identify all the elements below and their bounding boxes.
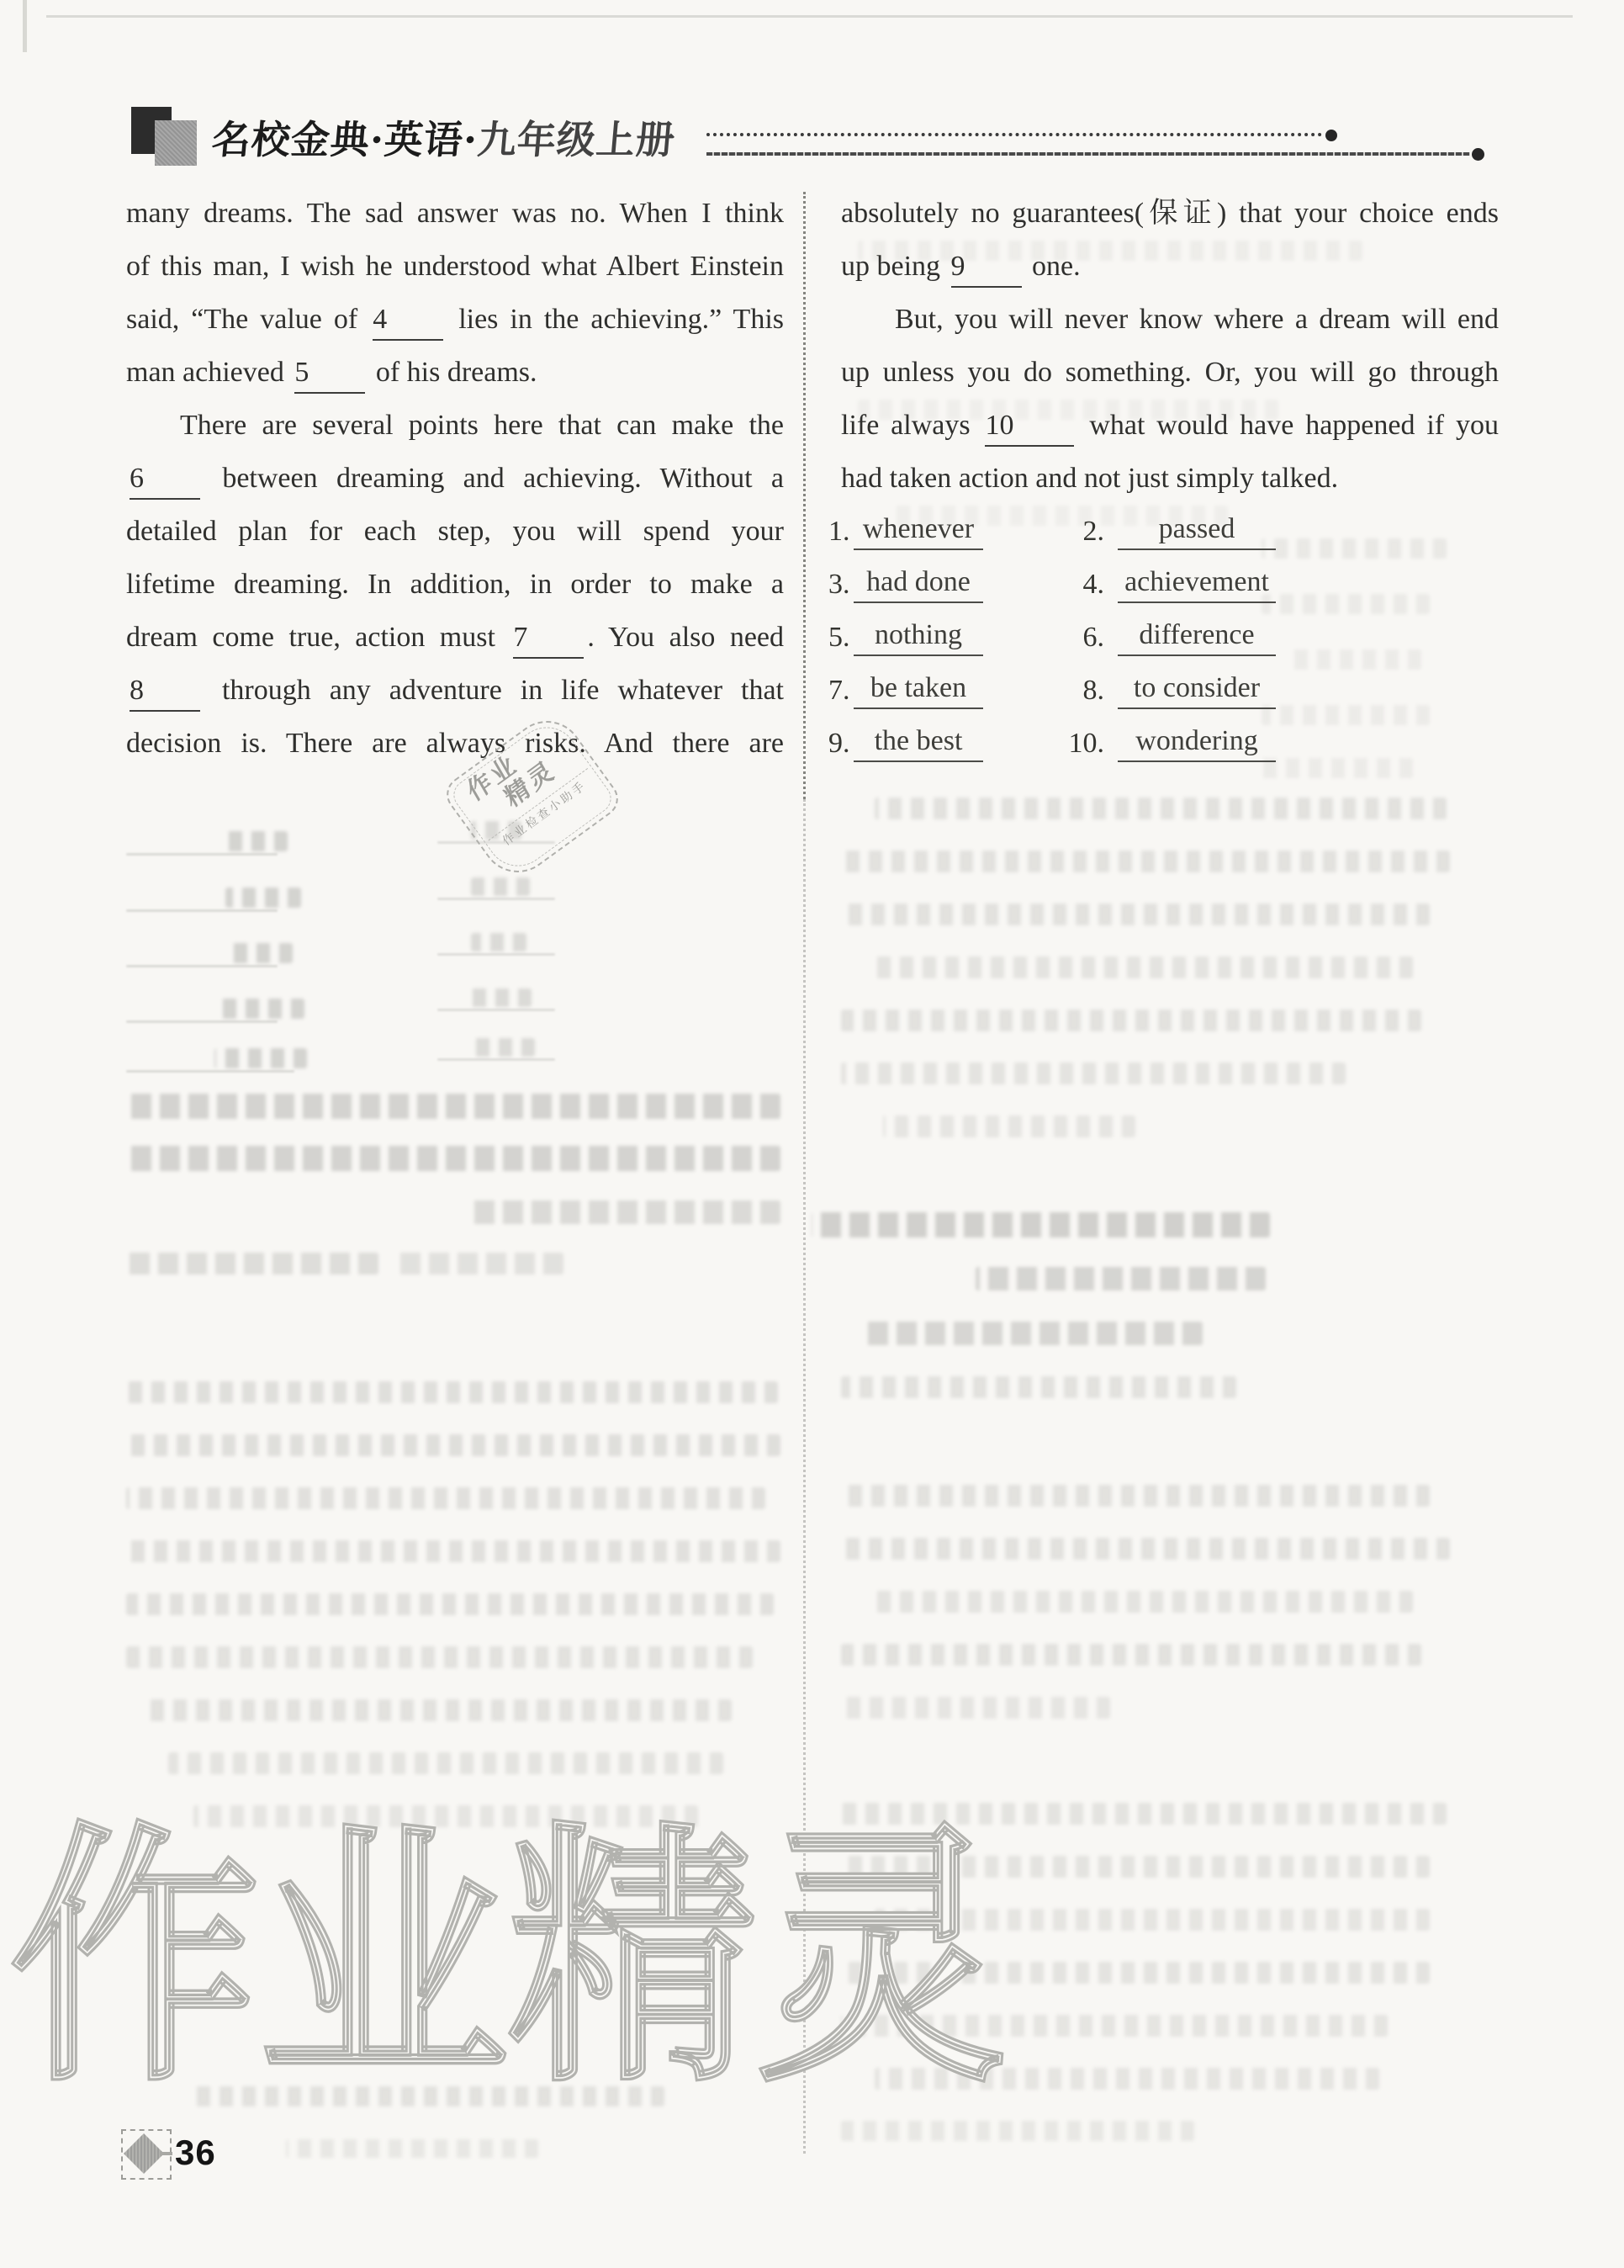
bleedthrough-smudge (841, 1644, 1421, 1666)
answer-blank: be taken (854, 667, 983, 709)
bleedthrough-smudge (126, 1434, 780, 1456)
cloze-blank: 8 (130, 671, 200, 712)
bleedthrough-smudge (841, 1856, 1430, 1878)
passage-column-right: absolutely no guarantees(保证) that your c… (841, 187, 1499, 505)
bleedthrough-smudge (193, 1805, 698, 1827)
cloze-blank: 7 (513, 618, 584, 659)
bleedthrough-smudge (841, 2121, 1194, 2141)
passage-text: said, “The value of (126, 304, 369, 335)
passage-line: lifetime dreaming. In addition, in order… (126, 558, 784, 611)
bleedthrough-smudge (471, 1200, 780, 1224)
passage-text: detailed plan for each step, you will sp… (126, 516, 784, 547)
bleedthrough-smudge (841, 1062, 1346, 1084)
passage-text: of this man, I wish he understood what A… (126, 251, 784, 282)
page-number-ornament (121, 2129, 172, 2180)
header-dotted-rule (706, 133, 1322, 136)
passage-line: life always 10 what would have happened … (841, 399, 1499, 452)
answer-row: 1.whenever2.passed (828, 505, 1514, 558)
passage-text: absolutely no guarantees(保证) that your c… (841, 198, 1499, 229)
bleedthrough-smudge (225, 943, 293, 963)
bleedthrough-smudge (841, 2015, 1388, 2037)
passage-text: lies in the achieving.” This (447, 304, 784, 335)
passage-line: But, you will never know where a dream w… (841, 293, 1499, 346)
bleedthrough-smudge (468, 1038, 535, 1057)
bleedthrough-smudge (286, 2139, 538, 2158)
bleedthrough-smudge (875, 1591, 1413, 1613)
book-title: 名校金典·英语·九年级上册 (210, 116, 678, 163)
bleedthrough-smudge (812, 1212, 1270, 1237)
passage-text: up being (841, 251, 948, 282)
bleedthrough-smudge (464, 988, 532, 1007)
bleedthrough-smudge (841, 1485, 1430, 1507)
bleedthrough-smudge (126, 1253, 378, 1274)
bleedthrough-smudge (841, 1962, 1430, 1984)
bleedthrough-smudge (471, 933, 526, 951)
passage-line: detailed plan for each step, you will sp… (126, 505, 784, 558)
bleedthrough-smudge (395, 1253, 563, 1274)
answer-number: 8. (1049, 664, 1104, 717)
diamond-icon (124, 2133, 164, 2174)
answer-number: 10. (1049, 717, 1104, 770)
bleedthrough-smudge (126, 1540, 780, 1562)
passage-line: dream come true, action must 7. You also… (126, 611, 784, 664)
bleedthrough-smudge (126, 1094, 780, 1119)
cloze-blank: 10 (985, 406, 1074, 447)
bleedthrough-smudge (875, 956, 1413, 978)
passage-line: decision is. There are always risks. And… (126, 717, 784, 770)
cloze-blank: 6 (130, 459, 200, 500)
cloze-blank: 9 (951, 247, 1022, 288)
cloze-blank: 4 (373, 300, 443, 341)
passage-text: . You also need (587, 622, 784, 653)
bleedthrough-smudge (471, 877, 530, 896)
bleedthrough-smudge (126, 1070, 294, 1073)
bleedthrough-smudge (225, 888, 301, 908)
passage-line: up unless you do something. Or, you will… (841, 346, 1499, 399)
passage-text: what would have happened if you (1077, 410, 1499, 441)
header-rule-end-dot (1325, 130, 1337, 141)
answer-number: 3. (828, 558, 850, 611)
passage-line: had taken action and not just simply tal… (841, 452, 1499, 505)
bleedthrough-smudge (168, 1752, 723, 1774)
answer-number: 2. (1049, 505, 1104, 558)
bleedthrough-smudge (126, 1646, 753, 1668)
bleedthrough-smudge (126, 1020, 278, 1023)
bleedthrough-smudge (437, 898, 555, 900)
bleedthrough-smudge (976, 1267, 1266, 1290)
bleedthrough-smudge (126, 965, 278, 967)
book-title-main: 名校金典·英语· (210, 117, 480, 162)
bleedthrough-smudge (214, 1048, 307, 1068)
passage-line: up being 9 one. (841, 240, 1499, 293)
passage-text: had taken action and not just simply tal… (841, 463, 1338, 494)
bleedthrough-smudge (143, 1699, 732, 1721)
bleedthrough-smudge (126, 1593, 774, 1615)
bleedthrough-smudge (866, 1322, 1203, 1345)
ornament-tail (160, 2152, 172, 2155)
bleedthrough-smudge (225, 831, 288, 851)
answer-row: 3.had done4.achievement (828, 558, 1514, 611)
bleedthrough-smudge (126, 1146, 780, 1171)
column-divider (803, 799, 806, 2154)
answer-blank: passed (1118, 508, 1276, 550)
passage-text: lifetime dreaming. In addition, in order… (126, 569, 784, 600)
passage-line: 8 through any adventure in life whatever… (126, 664, 784, 717)
passage-line: said, “The value of 4 lies in the achiev… (126, 293, 784, 346)
passage-line: man achieved 5 of his dreams. (126, 346, 784, 399)
bleedthrough-smudge (193, 2086, 664, 2106)
bleedthrough-smudge (841, 1697, 1110, 1719)
bleedthrough-smudge (841, 903, 1430, 925)
bleedthrough-smudge (841, 1803, 1447, 1825)
passage-text: between dreaming and achieving. Without … (204, 463, 784, 494)
bleedthrough-smudge (220, 999, 304, 1019)
page-number: 36 (175, 2135, 216, 2170)
cloze-blank: 5 (294, 353, 365, 394)
bleedthrough-smudge (841, 1538, 1450, 1560)
workbook-page: 名校金典·英语·九年级上册 many dreams. The sad answe… (0, 0, 1624, 2268)
answer-number: 5. (828, 611, 850, 664)
bleedthrough-smudge (437, 1058, 555, 1061)
bleedthrough-smudge (126, 853, 278, 856)
answer-key-list: 1.whenever2.passed3.had done4.achievemen… (828, 505, 1514, 770)
header-dashed-rule (706, 152, 1470, 156)
answer-blank: achievement (1118, 561, 1276, 603)
passage-text: up unless you do something. Or, you will… (841, 357, 1499, 388)
passage-text: But, you will never know where a dream w… (895, 304, 1499, 335)
bleedthrough-smudge (437, 1009, 555, 1011)
passage-text: There are several points here that can m… (180, 410, 784, 441)
column-divider (803, 192, 806, 799)
book-title-sub: 九年级上册 (476, 117, 678, 162)
passage-text: dream come true, action must (126, 622, 510, 653)
passage-text: through any adventure in life whatever t… (204, 675, 784, 706)
passage-text: many dreams. The sad answer was no. When… (126, 198, 784, 229)
bleedthrough-smudge (841, 1009, 1421, 1031)
answer-blank: to consider (1118, 667, 1276, 709)
answer-blank: wondering (1118, 720, 1276, 762)
bleedthrough-smudge (875, 798, 1447, 819)
answer-row: 9.the best10.wondering (828, 717, 1514, 770)
answer-number: 4. (1049, 558, 1104, 611)
answer-blank: whenever (854, 508, 983, 550)
bleedthrough-smudge (126, 1381, 778, 1403)
bleedthrough-smudge (126, 1487, 765, 1509)
passage-text: life always (841, 410, 981, 441)
answer-blank: had done (854, 561, 983, 603)
header-square-gray (155, 120, 197, 166)
answer-blank: the best (854, 720, 983, 762)
passage-text: decision is. There are always risks. And… (126, 728, 784, 759)
passage-column-left: many dreams. The sad answer was no. When… (126, 187, 784, 770)
passage-line: many dreams. The sad answer was no. When… (126, 187, 784, 240)
bleedthrough-smudge (875, 2068, 1379, 2090)
passage-text: one. (1025, 251, 1081, 282)
answer-row: 7.be taken8.to consider (828, 664, 1514, 717)
answer-blank: nothing (854, 614, 983, 656)
passage-line: absolutely no guarantees(保证) that your c… (841, 187, 1499, 240)
bleedthrough-smudge (126, 909, 278, 912)
passage-text: man achieved (126, 357, 291, 388)
answer-row: 5.nothing6.difference (828, 611, 1514, 664)
passage-line: 6 between dreaming and achieving. Withou… (126, 452, 784, 505)
bleedthrough-smudge (875, 1909, 1430, 1931)
bleedthrough-smudge (841, 850, 1450, 872)
passage-text: of his dreams. (368, 357, 537, 388)
bleedthrough-smudge (883, 1115, 1135, 1137)
answer-number: 7. (828, 664, 850, 717)
answer-blank: difference (1118, 614, 1276, 656)
bleedthrough-smudge (841, 1376, 1236, 1398)
bleedthrough-smudge (437, 953, 555, 956)
answer-number: 9. (828, 717, 850, 770)
passage-line: of this man, I wish he understood what A… (126, 240, 784, 293)
answer-number: 6. (1049, 611, 1104, 664)
header-rule-end-dot (1472, 148, 1484, 161)
answer-number: 1. (828, 505, 850, 558)
passage-line: There are several points here that can m… (126, 399, 784, 452)
